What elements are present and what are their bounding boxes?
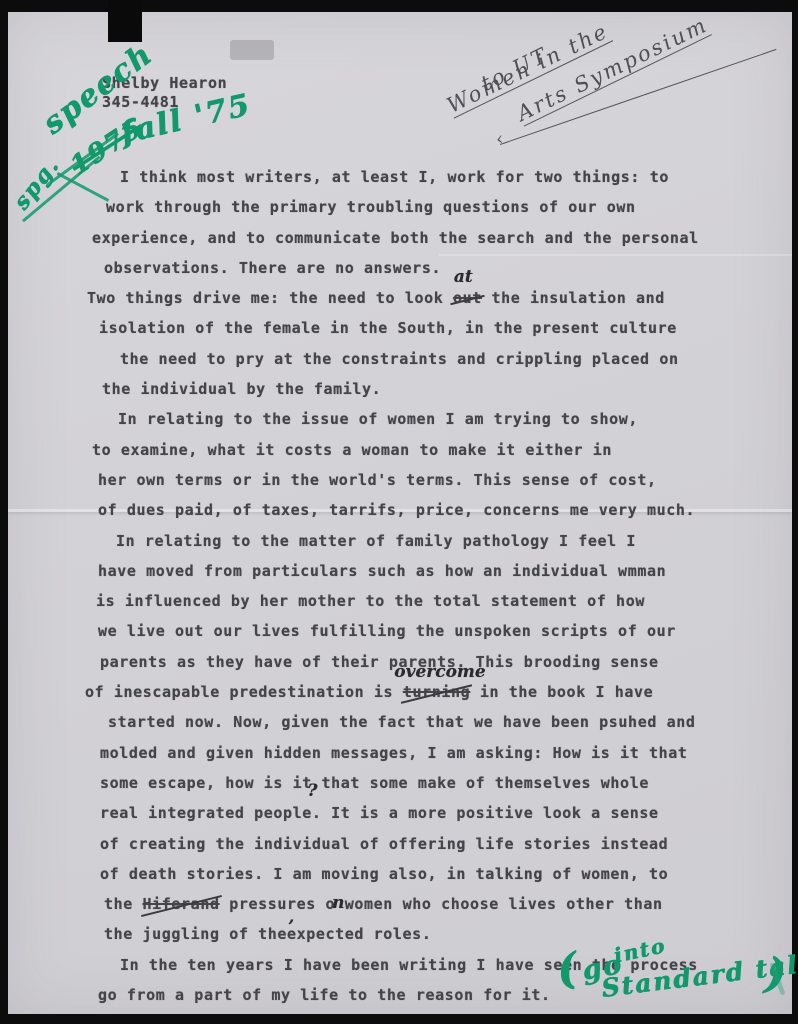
typed-text: some escape, how is it that some make of… xyxy=(100,774,649,792)
typed-text: women who choose lives other than xyxy=(335,895,662,913)
typed-line: the individual by the family. xyxy=(8,374,792,404)
typed-text: In relating to the matter of family path… xyxy=(116,532,636,550)
typed-text: work through the primary troubling quest… xyxy=(106,198,636,216)
typed-text: to examine, what it costs a woman to mak… xyxy=(92,441,612,459)
typed-line: molded and given hidden messages, I am a… xyxy=(8,738,792,768)
typed-line: the juggling of theʼexpected roles. xyxy=(8,919,792,949)
typed-text: in the book I have xyxy=(470,683,653,701)
typed-text: of death stories. I am moving also, in t… xyxy=(100,865,668,883)
typed-line: of creating the individual of offering l… xyxy=(8,829,792,859)
typed-text: of creating the individual of offering l… xyxy=(100,835,668,853)
typed-text: parents as they have of their parents. T… xyxy=(100,653,659,671)
typed-text: observations. There are no answers. xyxy=(104,259,441,277)
typed-line: of inescapable predestination is turning… xyxy=(8,677,792,707)
typed-text: the insulation and xyxy=(482,289,665,307)
typed-line: we live out our lives fulfilling the uns… xyxy=(8,616,792,646)
typed-line: In relating to the issue of women I am t… xyxy=(8,404,792,434)
typed-text: expected roles. xyxy=(287,925,431,943)
typed-line: started now. Now, given the fact that we… xyxy=(8,707,792,737)
struck-word: Hiferand xyxy=(143,895,220,913)
struck-word: out xyxy=(453,289,482,307)
pencil-arrowhead: ‹ xyxy=(494,129,508,149)
typed-line: her own terms or in the world's terms. T… xyxy=(8,465,792,495)
typed-text: isolation of the female in the South, in… xyxy=(99,319,677,337)
typed-text: It is a more positive look a sense xyxy=(322,804,659,822)
typed-text: the need to pry at the constraints and c… xyxy=(120,350,679,368)
typed-line: of death stories. I am moving also, in t… xyxy=(8,859,792,889)
struck-word: turning xyxy=(403,683,470,701)
typed-line: In relating to the matter of family path… xyxy=(8,526,792,556)
typed-text: pressures o xyxy=(220,895,336,913)
typed-line: Two things drive me: the need to look ou… xyxy=(8,283,792,313)
typed-text: the juggling of the xyxy=(104,925,287,943)
typed-line: have moved from particulars such as how … xyxy=(8,556,792,586)
typed-line: real integrated people.? It is a more po… xyxy=(8,798,792,828)
typed-text: experience, and to communicate both the … xyxy=(92,229,699,247)
typed-text: started now. Now, given the fact that we… xyxy=(108,713,695,731)
typed-line: the Hiferand pressures on women who choo… xyxy=(8,889,792,919)
typed-text: the xyxy=(104,895,143,913)
typed-line: the need to pry at the constraints and c… xyxy=(8,344,792,374)
paper-sheet: Shelby Hearon 345-4481 I think most writ… xyxy=(8,12,792,1014)
typed-line: I think most writers, at least I, work f… xyxy=(8,162,792,192)
typed-text: is influenced by her mother to the total… xyxy=(96,592,645,610)
typed-line: experience, and to communicate both the … xyxy=(8,223,792,253)
typed-line: some escape, how is it that some make of… xyxy=(8,768,792,798)
typed-text: molded and given hidden messages, I am a… xyxy=(100,744,687,762)
scanned-document: Shelby Hearon 345-4481 I think most writ… xyxy=(0,0,798,1024)
typed-text: of dues paid, of taxes, tarrifs, price, … xyxy=(98,501,695,519)
typed-line: of dues paid, of taxes, tarrifs, price, … xyxy=(8,495,792,525)
typed-text: of inescapable predestination is xyxy=(85,683,403,701)
typed-line: observations. There are no answers. xyxy=(8,253,792,283)
typed-line: work through the primary troubling quest… xyxy=(8,192,792,222)
typed-line: is influenced by her mother to the total… xyxy=(8,586,792,616)
typed-line: to examine, what it costs a woman to mak… xyxy=(8,435,792,465)
typed-text: Two things drive me: the need to look xyxy=(87,289,453,307)
typed-text: I think most writers, at least I, work f… xyxy=(120,168,669,186)
typed-text: the individual by the family. xyxy=(102,380,381,398)
typed-text: In relating to the issue of women I am t… xyxy=(118,410,638,428)
typed-body-text: I think most writers, at least I, work f… xyxy=(8,162,792,1010)
typed-line: isolation of the female in the South, in… xyxy=(8,313,792,343)
typed-text: her own terms or in the world's terms. T… xyxy=(98,471,657,489)
typed-text: go from a part of my life to the reason … xyxy=(98,986,551,1004)
typed-text: real integrated people. xyxy=(100,804,322,822)
typed-text: have moved from particulars such as how … xyxy=(98,562,666,580)
tape-residue xyxy=(230,40,274,60)
black-tape xyxy=(108,0,142,42)
typed-text: we live out our lives fulfilling the uns… xyxy=(98,622,676,640)
